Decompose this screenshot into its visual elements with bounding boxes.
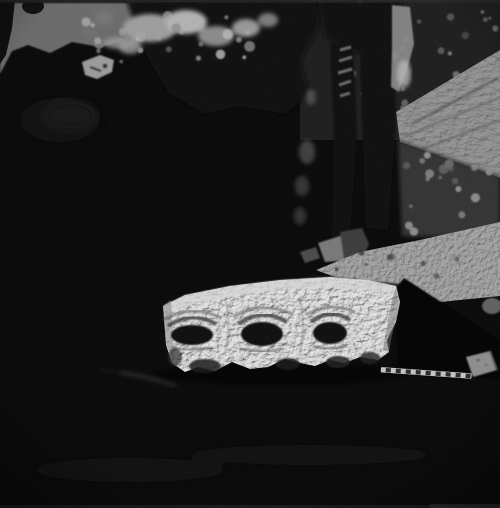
photograph: Black-and-white field photograph: a rect…	[0, 0, 500, 508]
photo-canvas	[0, 0, 500, 508]
vignette	[0, 0, 500, 508]
